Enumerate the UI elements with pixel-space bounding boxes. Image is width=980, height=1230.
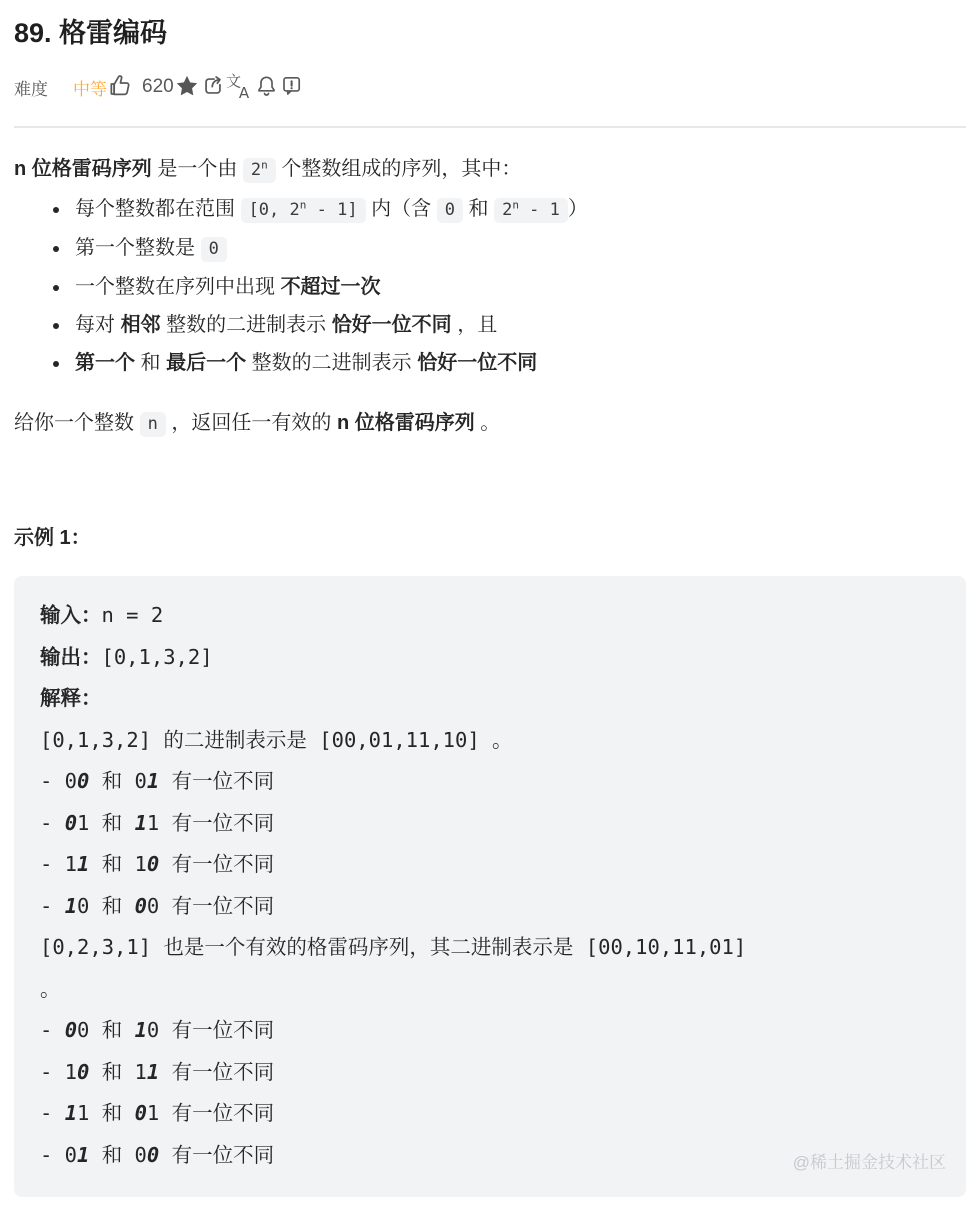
- divider: [14, 126, 966, 128]
- example-line: 输入：n = 2: [40, 595, 940, 637]
- example-line: - 00 和 01 有一位不同: [40, 761, 940, 803]
- problem-page: 89. 格雷编码 难度 中等 620: [0, 0, 980, 1197]
- example-content: 输入：n = 2输出：[0,1,3,2]解释：[0,1,3,2] 的二进制表示是…: [40, 595, 940, 1176]
- share-icon: [200, 73, 226, 102]
- example-line: - 00 和 10 有一位不同: [40, 1010, 940, 1052]
- feedback-icon: [279, 73, 304, 101]
- example-line: 解释：: [40, 678, 940, 720]
- intro-paragraph: n 位格雷码序列 是一个由 2n 个整数组成的序列，其中：: [14, 154, 966, 185]
- svg-text:A: A: [239, 83, 250, 98]
- example-line: [0,2,3,1] 也是一个有效的格雷码序列，其二进制表示是 [00,10,11…: [40, 927, 940, 969]
- problem-meta-bar: 难度 中等 620: [14, 72, 966, 102]
- thumbs-up-icon: [107, 73, 133, 102]
- problem-description: n 位格雷码序列 是一个由 2n 个整数组成的序列，其中： 每个整数都在范围 […: [14, 154, 966, 439]
- favorite-button[interactable]: [174, 73, 200, 102]
- example-line: - 10 和 00 有一位不同: [40, 886, 940, 928]
- rule-item: 每个整数都在范围 [0, 2n - 1] 内（含 0 和 2n - 1）: [71, 190, 966, 229]
- rule-item: 第一个 和 最后一个 整数的二进制表示 恰好一位不同: [71, 344, 966, 382]
- problem-title: 89. 格雷编码: [14, 0, 966, 50]
- notification-button[interactable]: [254, 73, 279, 101]
- example-block: 输入：n = 2输出：[0,1,3,2]解释：[0,1,3,2] 的二进制表示是…: [14, 576, 966, 1197]
- example-line: - 11 和 10 有一位不同: [40, 844, 940, 886]
- feedback-button[interactable]: [279, 73, 304, 101]
- watermark: @稀土掘金技术社区: [793, 1148, 946, 1173]
- example-line: 输出：[0,1,3,2]: [40, 637, 940, 679]
- share-button[interactable]: [200, 73, 226, 102]
- rules-list: 每个整数都在范围 [0, 2n - 1] 内（含 0 和 2n - 1）第一个整…: [14, 190, 966, 382]
- task-paragraph: 给你一个整数 n ，返回任一有效的 n 位格雷码序列 。: [14, 408, 966, 439]
- difficulty-badge: 中等: [73, 75, 107, 100]
- example-line: - 01 和 11 有一位不同: [40, 803, 940, 845]
- example-line: - 10 和 11 有一位不同: [40, 1052, 940, 1094]
- rule-item: 每对 相邻 整数的二进制表示 恰好一位不同 ，且: [71, 306, 966, 344]
- bell-icon: [254, 73, 279, 101]
- like-count: 620: [142, 76, 174, 98]
- example-line: 。: [40, 969, 940, 1011]
- like-button[interactable]: 620: [107, 73, 174, 102]
- example-heading: 示例 1：: [14, 521, 966, 550]
- example-line: - 11 和 01 有一位不同: [40, 1093, 940, 1135]
- rule-item: 第一个整数是 0: [71, 229, 966, 268]
- star-icon: [174, 73, 200, 102]
- difficulty-label: 难度: [14, 75, 48, 100]
- rule-item: 一个整数在序列中出现 不超过一次: [71, 268, 966, 306]
- example-line: [0,1,3,2] 的二进制表示是 [00,01,11,10] 。: [40, 720, 940, 762]
- translate-icon: 文 A: [226, 73, 254, 102]
- translate-button[interactable]: 文 A: [226, 73, 254, 102]
